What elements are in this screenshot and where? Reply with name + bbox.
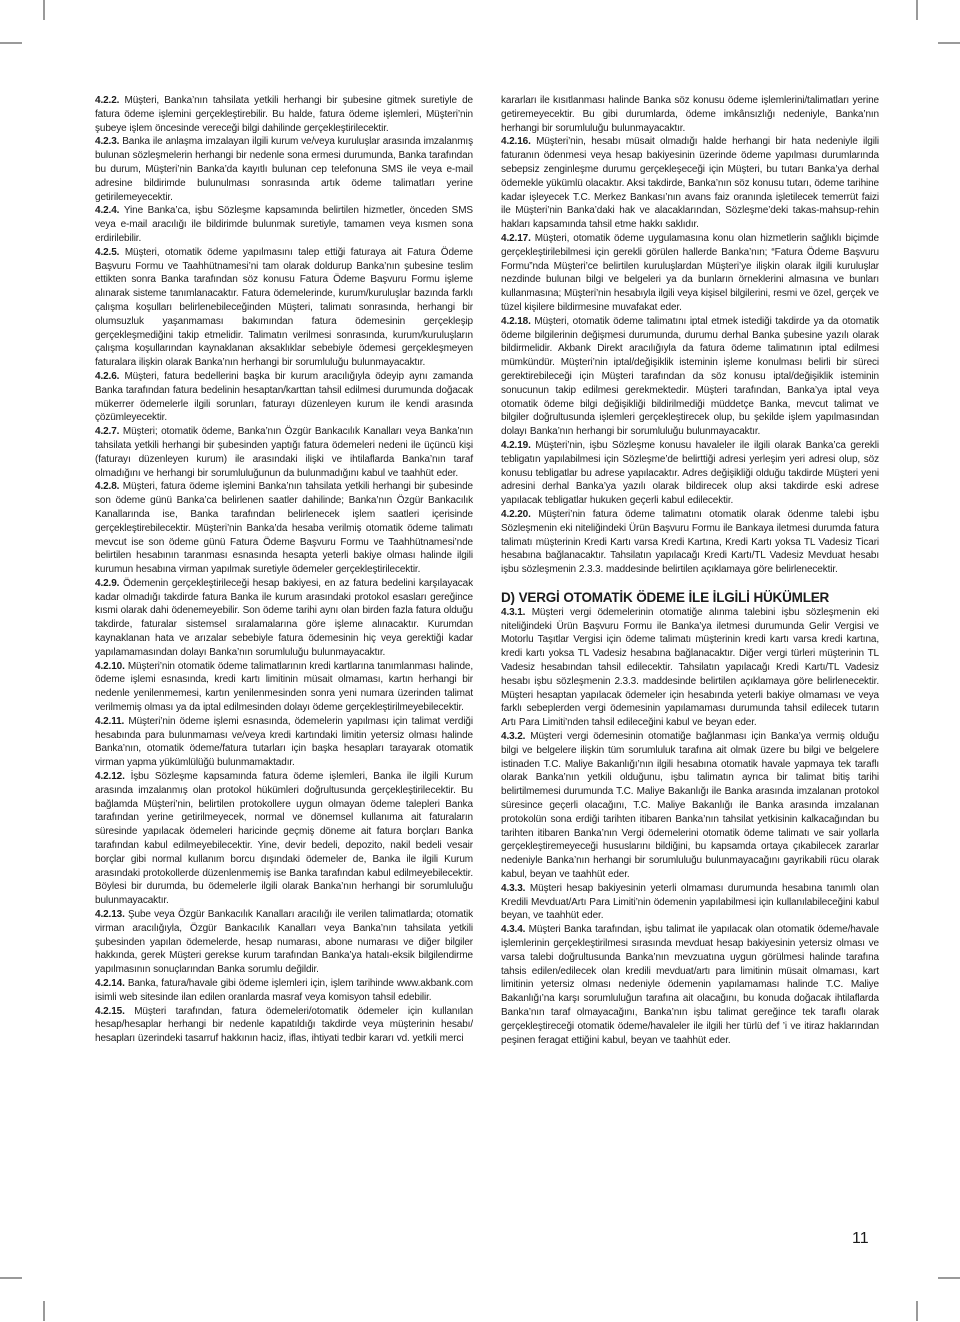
clause-paragraph: 4.2.12. İşbu Sözleşme kapsamında fatura … (95, 770, 473, 908)
crop-mark-bottom-left-vertical (43, 1301, 45, 1321)
clause-number: 4.2.9. (95, 578, 123, 589)
page-number: 11 (852, 1229, 869, 1249)
clause-number: 4.2.3. (95, 136, 122, 147)
clause-number: 4.2.7. (95, 426, 123, 437)
clause-number: 4.2.8. (95, 481, 123, 492)
clause-number: 4.2.19. (501, 440, 535, 451)
continuation-paragraph: kararları ile kısıtlanması halinde Banka… (501, 94, 879, 135)
crop-mark-bottom-right-vertical (916, 1301, 918, 1321)
clause-paragraph: 4.3.2. Müşteri vergi ödemesinin otomatiğ… (501, 730, 879, 882)
clause-paragraph: 4.2.14. Banka, fatura/havale gibi ödeme … (95, 977, 473, 1005)
clause-paragraph: 4.2.18. Müşteri, otomatik ödeme talimatı… (501, 315, 879, 439)
clause-number: 4.2.14. (95, 978, 128, 989)
crop-mark-top-left-horizontal (0, 42, 22, 44)
clause-number: 4.2.13. (95, 909, 128, 920)
clause-paragraph: 4.2.6. Müşteri, fatura bedellerini başka… (95, 370, 473, 425)
clause-paragraph: 4.2.7. Müşteri; otomatik ödeme, Banka’nı… (95, 425, 473, 480)
clause-number: 4.3.3. (501, 883, 530, 894)
clause-number: 4.2.16. (501, 136, 536, 147)
clause-number: 4.2.10. (95, 661, 128, 672)
crop-mark-top-right-horizontal (938, 42, 960, 44)
clause-paragraph: 4.2.13. Şube veya Özgür Bankacılık Kanal… (95, 908, 473, 977)
clause-paragraph: 4.2.9. Ödemenin gerçekleştirileceği hesa… (95, 577, 473, 660)
clause-number: 4.2.6. (95, 371, 124, 382)
clause-paragraph: 4.3.4. Müşteri Banka tarafından, işbu ta… (501, 923, 879, 1047)
left-column: 4.2.2. Müşteri, Banka’nın tahsilata yetk… (95, 94, 473, 1046)
clause-paragraph: 4.3.1. Müşteri vergi ödemelerinin otomat… (501, 606, 879, 730)
right-column: kararları ile kısıtlanması halinde Banka… (501, 94, 879, 1047)
section-heading: D) VERGİ OTOMATİK ÖDEME İLE İLGİLİ HÜKÜM… (501, 590, 879, 605)
clause-number: 4.2.4. (95, 205, 124, 216)
clause-number: 4.2.2. (95, 95, 124, 106)
clause-paragraph: 4.2.4. Yine Banka’ca, işbu Sözleşme kaps… (95, 204, 473, 245)
clause-number: 4.2.12. (95, 771, 131, 782)
clause-number: 4.2.20. (501, 509, 538, 520)
clause-paragraph: 4.2.11. Müşteri’nin ödeme işlemi esnasın… (95, 715, 473, 770)
crop-mark-bottom-left-horizontal (0, 1277, 22, 1279)
clause-paragraph: 4.2.15. Müşteri tarafından, fatura ödeme… (95, 1005, 473, 1046)
clause-paragraph: 4.2.19. Müşteri’nin, işbu Sözleşme konus… (501, 439, 879, 508)
clause-number: 4.2.5. (95, 247, 125, 258)
clause-paragraph: 4.2.8. Müşteri, fatura ödeme işlemini Ba… (95, 480, 473, 577)
document-page: 4.2.2. Müşteri, Banka’nın tahsilata yetk… (0, 0, 960, 1322)
clause-paragraph: 4.2.10. Müşteri’nin otomatik ödeme talim… (95, 660, 473, 715)
clause-number: 4.2.15. (95, 1006, 134, 1017)
clause-number: 4.2.11. (95, 716, 128, 727)
clause-paragraph: 4.2.2. Müşteri, Banka’nın tahsilata yetk… (95, 94, 473, 135)
clause-paragraph: 4.3.3. Müşteri hesap bakiyesinin yeterli… (501, 882, 879, 923)
crop-mark-top-right-vertical (916, 0, 918, 20)
clause-number: 4.3.4. (501, 924, 529, 935)
clause-paragraph: 4.2.20. Müşteri’nin fatura ödeme talimat… (501, 508, 879, 577)
clause-paragraph: 4.2.17. Müşteri, otomatik ödeme uygulama… (501, 232, 879, 315)
clause-number: 4.2.17. (501, 233, 535, 244)
clause-paragraph: 4.2.5. Müşteri, otomatik ödeme yapılması… (95, 246, 473, 370)
clause-paragraph: 4.2.3. Banka ile anlaşma imzalayan ilgil… (95, 135, 473, 204)
crop-mark-bottom-right-horizontal (938, 1277, 960, 1279)
crop-mark-top-left-vertical (43, 0, 45, 20)
clause-number: 4.3.2. (501, 731, 530, 742)
clause-number: 4.2.18. (501, 316, 534, 327)
clause-number: 4.3.1. (501, 607, 532, 618)
clause-paragraph: 4.2.16. Müşteri’nin, hesabı müsait olmad… (501, 135, 879, 232)
